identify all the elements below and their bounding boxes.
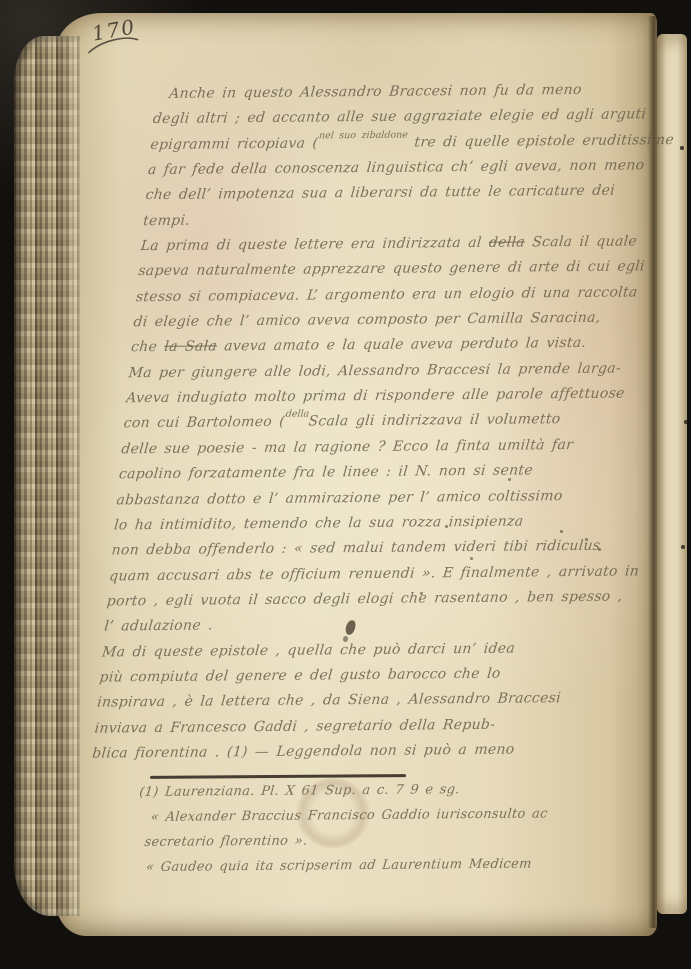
footnote-text: (1) Laurenziana. Pl. X 61 Sup. a c. 7 9 … <box>130 781 620 885</box>
manuscript-text: Anche in questo Alessandro Braccesi non … <box>91 81 653 771</box>
ink-speck <box>470 557 473 560</box>
deckled-page-edges <box>14 36 80 916</box>
paper-fleck <box>680 146 684 150</box>
facing-page-edge <box>657 34 687 914</box>
ink-speck <box>445 525 448 528</box>
ink-speck <box>508 478 511 481</box>
ink-speck <box>585 538 588 541</box>
ink-speck <box>420 592 423 595</box>
manuscript-scan: 170 Anche in questo Alessandro Braccesi … <box>0 0 691 969</box>
paper-fleck <box>684 420 688 424</box>
stamp-mark-stain <box>296 778 370 848</box>
ink-speck <box>560 530 563 533</box>
footnote-line: « Gaudeo quia ita scripserim ad Laurenti… <box>130 856 612 885</box>
paper-fleck <box>681 545 685 549</box>
ink-speck <box>598 548 601 551</box>
ink-blot-stain <box>343 636 348 642</box>
manuscript-line: blica fiorentina . (1) — Leggendola non … <box>91 741 590 771</box>
